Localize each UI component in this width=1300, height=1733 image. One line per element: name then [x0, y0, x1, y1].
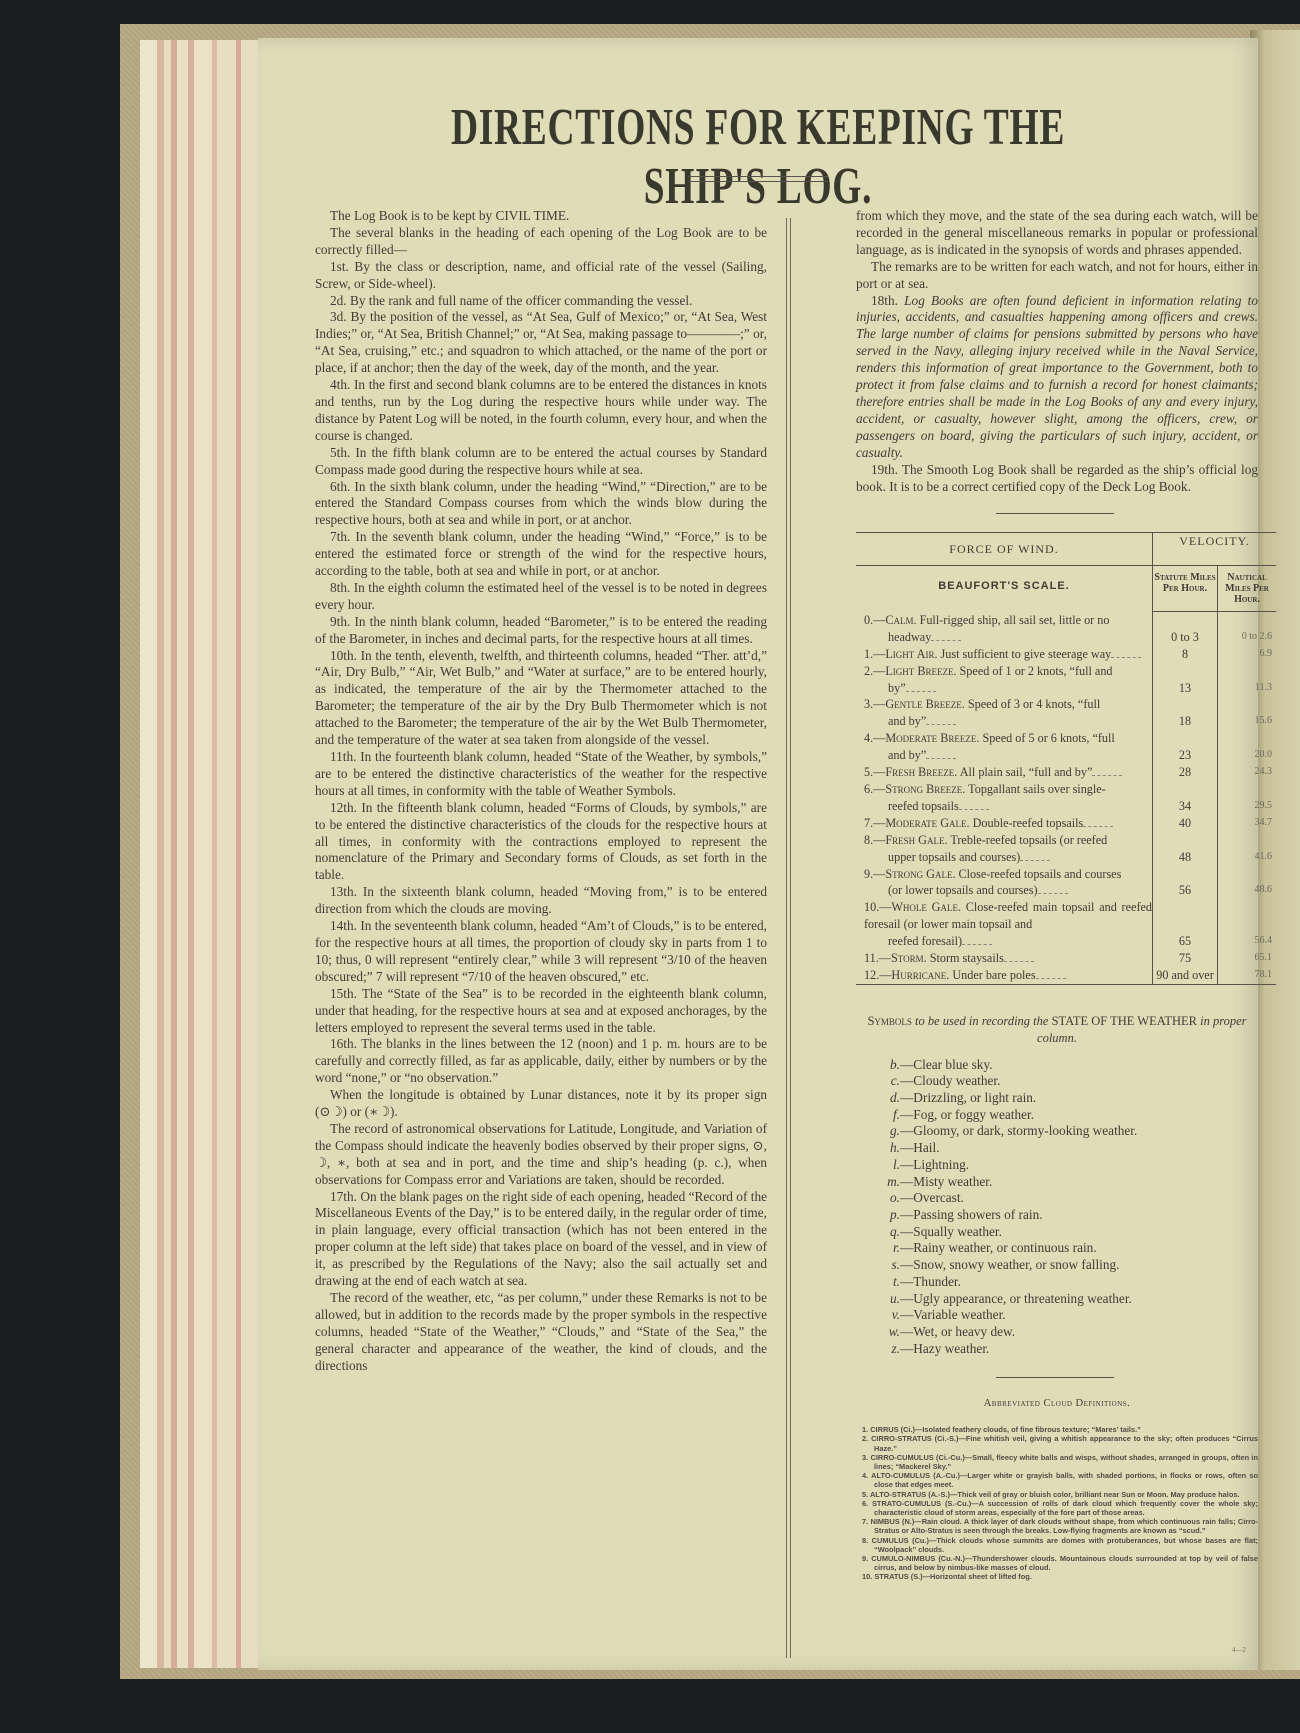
force-number: 11.—: [864, 951, 891, 965]
symbol-letter: u.: [874, 1291, 900, 1308]
paragraph: 1st. By the class or description, name, …: [315, 259, 767, 293]
paragraph: The Log Book is to be kept by CIVIL TIME…: [315, 208, 767, 225]
statute-miles-header: Statute Miles Per Hour.: [1153, 566, 1218, 612]
symbol-letter: g.: [874, 1123, 900, 1140]
force-name: Strong Breeze.: [885, 782, 965, 796]
wind-force-row: 5.—Fresh Breeze. All plain sail, “full a…: [856, 764, 1276, 781]
wind-force-row: 1.—Light Air. Just sufficient to give st…: [856, 646, 1276, 663]
cloud-definition: 2. CIRRO-STRATUS (Ci.-S.)—Fine whitish v…: [856, 1434, 1258, 1452]
nautical-mph: 0 to 2.6: [1218, 612, 1277, 646]
weather-symbol-item: s.—Snow, snowy weather, or snow falling.: [874, 1257, 1258, 1274]
cloud-definition: 9. CUMULO-NIMBUS (Cu.-N.)—Thundershower …: [856, 1554, 1258, 1572]
statute-mph: 40: [1153, 815, 1218, 832]
nautical-mph: 34.7: [1218, 815, 1277, 832]
force-number: 0.—: [864, 613, 885, 627]
weather-symbol-item: q.—Squally weather.: [874, 1224, 1258, 1241]
symbol-letter: f.: [874, 1107, 900, 1124]
symbol-letter: o.: [874, 1190, 900, 1207]
symbol-meaning: —Gloomy, or dark, stormy-looking weather…: [900, 1123, 1137, 1138]
force-description: Storm staysails: [930, 951, 1004, 965]
wind-force-row: 12.—Hurricane. Under bare poles90 and ov…: [856, 967, 1276, 984]
weather-symbol-item: p.—Passing showers of rain.: [874, 1207, 1258, 1224]
force-of-wind-header: FORCE OF WIND.: [856, 533, 1153, 566]
page-edges: [140, 40, 260, 1668]
wind-force-row: 8.—Fresh Gale. Treble-reefed topsails (o…: [856, 832, 1276, 866]
weather-symbol-item: d.—Drizzling, or light rain.: [874, 1090, 1258, 1107]
force-name: Hurricane.: [891, 968, 949, 982]
wind-force-row: 10.—Whole Gale. Close-reefed main topsai…: [856, 899, 1276, 950]
cloud-definition: 3. CIRRO-CUMULUS (Ci.-Cu.)—Small, fleecy…: [856, 1453, 1258, 1471]
force-description-cont: (or lower topsails and courses): [888, 883, 1038, 897]
force-description-cont: and by”: [888, 748, 926, 762]
symbol-letter: b.: [874, 1057, 900, 1074]
paragraph: 2d. By the rank and full name of the off…: [315, 293, 767, 310]
paragraph: When the longitude is obtained by Lunar …: [315, 1087, 767, 1121]
statute-mph: 28: [1153, 764, 1218, 781]
symbol-meaning: —Drizzling, or light rain.: [900, 1090, 1036, 1105]
paragraph: The record of the weather, etc, “as per …: [315, 1290, 767, 1375]
force-description-cont: by”: [888, 681, 906, 695]
symbol-letter: t.: [874, 1274, 900, 1291]
log-directions-page: DIRECTIONS FOR KEEPING THE SHIP'S LOG. T…: [258, 38, 1258, 1670]
force-name: Calm.: [885, 613, 916, 627]
cloud-definition: 6. STRATO-CUMULUS (S.-Cu.)—A succession …: [856, 1499, 1258, 1517]
nautical-mph: 15.6: [1218, 696, 1277, 730]
cloud-definition: 5. ALTO-STRATUS (A.-S.)—Thick veil of gr…: [856, 1490, 1258, 1499]
force-of-wind-table: FORCE OF WIND. VELOCITY. BEAUFORT'S SCAL…: [856, 532, 1276, 984]
section-rule: [996, 513, 1114, 514]
weather-symbol-item: v.—Variable weather.: [874, 1307, 1258, 1324]
wind-force-row: 6.—Strong Breeze. Topgallant sails over …: [856, 781, 1276, 815]
force-description: Treble-reefed topsails (or reefed: [950, 833, 1107, 847]
symbol-meaning: —Snow, snowy weather, or snow falling.: [900, 1257, 1119, 1272]
cloud-definition: 10. STRATUS (S.)—Horizontal sheet of lif…: [856, 1572, 1258, 1581]
statute-mph: 23: [1153, 730, 1218, 764]
left-column: The Log Book is to be kept by CIVIL TIME…: [315, 208, 767, 1375]
beaufort-scale-header: BEAUFORT'S SCALE.: [856, 566, 1153, 612]
force-description: Close-reefed topsails and courses: [959, 867, 1122, 881]
paragraph: 14th. In the seventeenth blank column, h…: [315, 918, 767, 986]
symbol-meaning: —Misty weather.: [900, 1174, 992, 1189]
item-18-paragraph: 18th. Log Books are often found deficien…: [856, 293, 1258, 462]
symbol-meaning: —Cloudy weather.: [900, 1073, 1000, 1088]
paragraph: The several blanks in the heading of eac…: [315, 225, 767, 259]
symbol-letter: m.: [874, 1174, 900, 1191]
force-name: Strong Gale.: [885, 867, 955, 881]
force-number: 1.—: [864, 647, 885, 661]
symbols-title: Symbols to be used in recording the STAT…: [856, 1013, 1258, 1047]
force-name: Gentle Breeze.: [885, 697, 965, 711]
paragraph: 15th. The “State of the Sea” is to be re…: [315, 986, 767, 1037]
weather-symbol-item: f.—Fog, or foggy weather.: [874, 1107, 1258, 1124]
remarks-paragraph: The remarks are to be written for each w…: [856, 259, 1258, 293]
weather-symbol-item: u.—Ugly appearance, or threatening weath…: [874, 1291, 1258, 1308]
weather-symbols-list: b.—Clear blue sky.c.—Cloudy weather.d.—D…: [874, 1057, 1258, 1358]
symbol-letter: q.: [874, 1224, 900, 1241]
item-19-paragraph: 19th. The Smooth Log Book shall be regar…: [856, 462, 1258, 496]
statute-mph: 34: [1153, 781, 1218, 815]
force-description: Double-reefed topsails: [973, 816, 1084, 830]
wind-force-row: 7.—Moderate Gale. Double-reefed topsails…: [856, 815, 1276, 832]
force-name: Fresh Breeze.: [885, 765, 957, 779]
statute-mph: 56: [1153, 866, 1218, 900]
force-number: 6.—: [864, 782, 885, 796]
paragraph: 3d. By the position of the vessel, as “A…: [315, 309, 767, 377]
weather-symbol-item: c.—Cloudy weather.: [874, 1073, 1258, 1090]
force-number: 5.—: [864, 765, 885, 779]
weather-symbol-item: o.—Overcast.: [874, 1190, 1258, 1207]
force-description: Speed of 3 or 4 knots, “full: [968, 697, 1100, 711]
wind-force-row: 4.—Moderate Breeze. Speed of 5 or 6 knot…: [856, 730, 1276, 764]
item-18-text: Log Books are often found deficient in i…: [856, 293, 1258, 460]
nautical-mph: 20.0: [1218, 730, 1277, 764]
column-divider: [786, 218, 791, 1658]
nautical-mph: 11.3: [1218, 663, 1277, 697]
cloud-definition: 1. CIRRUS (Ci.)—Isolated feathery clouds…: [856, 1425, 1258, 1434]
weather-symbol-item: b.—Clear blue sky.: [874, 1057, 1258, 1074]
statute-mph: 65: [1153, 899, 1218, 950]
item-18-label: 18th.: [871, 293, 898, 308]
folio: 4—2: [1232, 1646, 1246, 1654]
weather-symbol-item: r.—Rainy weather, or continuous rain.: [874, 1240, 1258, 1257]
symbol-meaning: —Overcast.: [900, 1190, 964, 1205]
weather-symbol-item: w.—Wet, or heavy dew.: [874, 1324, 1258, 1341]
weather-symbol-item: t.—Thunder.: [874, 1274, 1258, 1291]
force-description: Speed of 1 or 2 knots, “full and: [960, 664, 1113, 678]
velocity-header: VELOCITY.: [1153, 533, 1277, 566]
force-name: Moderate Gale.: [885, 816, 969, 830]
symbols-title-caps: STATE OF THE WEATHER: [1052, 1014, 1197, 1028]
symbols-title-prefix: Symbols: [867, 1014, 911, 1028]
paragraph: 4th. In the first and second blank colum…: [315, 377, 767, 445]
nautical-mph: 6.9: [1218, 646, 1277, 663]
nautical-mph: 65.1: [1218, 950, 1277, 967]
force-number: 3.—: [864, 697, 885, 711]
force-number: 4.—: [864, 731, 885, 745]
paragraph: 8th. In the eighth column the estimated …: [315, 580, 767, 614]
force-name: Storm.: [891, 951, 927, 965]
nautical-mph: 48.6: [1218, 866, 1277, 900]
symbol-meaning: —Rainy weather, or continuous rain.: [900, 1240, 1097, 1255]
cloud-definitions-list: 1. CIRRUS (Ci.)—Isolated feathery clouds…: [856, 1425, 1258, 1581]
force-name: Moderate Breeze.: [885, 731, 979, 745]
force-description: Speed of 5 or 6 knots, “full: [982, 731, 1114, 745]
force-number: 12.—: [864, 968, 891, 982]
paragraph: 17th. On the blank pages on the right si…: [315, 1189, 767, 1290]
paragraph: 7th. In the seventh blank column, under …: [315, 529, 767, 580]
symbol-letter: z.: [874, 1341, 900, 1358]
force-description: Full-rigged ship, all sail set, little o…: [920, 613, 1110, 627]
statute-mph: 13: [1153, 663, 1218, 697]
nautical-mph: 29.5: [1218, 781, 1277, 815]
statute-mph: 48: [1153, 832, 1218, 866]
paragraph: The record of astronomical observations …: [315, 1121, 767, 1189]
paragraph: 6th. In the sixth blank column, under th…: [315, 479, 767, 530]
paragraph: 16th. The blanks in the lines between th…: [315, 1036, 767, 1087]
symbol-meaning: —Hazy weather.: [900, 1341, 989, 1356]
right-column: from which they move, and the state of t…: [856, 208, 1258, 1582]
cloud-definition: 8. CUMULUS (Cu.)—Thick clouds whose summ…: [856, 1536, 1258, 1554]
symbol-meaning: —Wet, or heavy dew.: [900, 1324, 1015, 1339]
nautical-mph: 41.6: [1218, 832, 1277, 866]
symbol-letter: p.: [874, 1207, 900, 1224]
wind-force-row: 9.—Strong Gale. Close-reefed topsails an…: [856, 866, 1276, 900]
section-rule-2: [996, 1377, 1114, 1378]
page-title: DIRECTIONS FOR KEEPING THE SHIP'S LOG.: [398, 98, 1118, 216]
symbol-meaning: —Clear blue sky.: [900, 1057, 993, 1072]
force-description: Just sufficient to give steerage way: [941, 647, 1112, 661]
statute-mph: 75: [1153, 950, 1218, 967]
force-description-cont: headway: [888, 630, 931, 644]
symbol-meaning: —Thunder.: [900, 1274, 961, 1289]
force-number: 9.—: [864, 867, 885, 881]
symbol-meaning: —Squally weather.: [900, 1224, 1002, 1239]
symbol-letter: s.: [874, 1257, 900, 1274]
force-name: Light Air.: [885, 647, 937, 661]
symbol-letter: c.: [874, 1073, 900, 1090]
wind-force-row: 2.—Light Breeze. Speed of 1 or 2 knots, …: [856, 663, 1276, 697]
force-number: 8.—: [864, 833, 885, 847]
force-number: 7.—: [864, 816, 885, 830]
weather-symbol-item: h.—Hail.: [874, 1140, 1258, 1157]
force-name: Light Breeze.: [885, 664, 956, 678]
force-description-cont: upper topsails and courses): [888, 850, 1020, 864]
nautical-mph: 24.3: [1218, 764, 1277, 781]
symbol-meaning: —Fog, or foggy weather.: [900, 1107, 1034, 1122]
force-description-cont: and by”: [888, 714, 926, 728]
cloud-definition: 4. ALTO-CUMULUS (A.-Cu.)—Larger white or…: [856, 1471, 1258, 1489]
symbol-meaning: —Passing showers of rain.: [900, 1207, 1043, 1222]
statute-mph: 0 to 3: [1153, 612, 1218, 646]
force-number: 10.—: [864, 900, 891, 914]
force-description-cont: reefed topsails: [888, 799, 959, 813]
symbol-meaning: —Variable weather.: [900, 1307, 1006, 1322]
symbol-meaning: —Lightning.: [900, 1157, 969, 1172]
statute-mph: 90 and over: [1153, 967, 1218, 984]
nautical-mph: 78.1: [1218, 967, 1277, 984]
paragraph: 12th. In the fifteenth blank column, hea…: [315, 800, 767, 885]
force-number: 2.—: [864, 664, 885, 678]
symbols-title-italic: to be used in recording the: [915, 1014, 1048, 1028]
statute-mph: 18: [1153, 696, 1218, 730]
symbol-letter: h.: [874, 1140, 900, 1157]
force-description: Topgallant sails over single-: [968, 782, 1106, 796]
weather-symbol-item: l.—Lightning.: [874, 1157, 1258, 1174]
cloud-definitions-title: Abbreviated Cloud Definitions.: [856, 1396, 1258, 1413]
weather-symbol-item: z.—Hazy weather.: [874, 1341, 1258, 1358]
weather-symbol-item: m.—Misty weather.: [874, 1174, 1258, 1191]
nautical-miles-header: Nautical Miles Per Hour.: [1218, 566, 1277, 612]
symbol-letter: l.: [874, 1157, 900, 1174]
paragraph: 9th. In the ninth blank column, headed “…: [315, 614, 767, 648]
symbol-meaning: —Ugly appearance, or threatening weather…: [900, 1291, 1132, 1306]
weather-symbol-item: g.—Gloomy, or dark, stormy-looking weath…: [874, 1123, 1258, 1140]
symbol-letter: d.: [874, 1090, 900, 1107]
statute-mph: 8: [1153, 646, 1218, 663]
continuation-paragraph: from which they move, and the state of t…: [856, 208, 1258, 259]
title-rule: [688, 176, 828, 182]
force-name: Whole Gale.: [891, 900, 961, 914]
wind-force-row: 0.—Calm. Full-rigged ship, all sail set,…: [856, 612, 1276, 646]
paragraph: 5th. In the fifth blank column are to be…: [315, 445, 767, 479]
symbol-letter: r.: [874, 1240, 900, 1257]
symbol-meaning: —Hail.: [900, 1140, 940, 1155]
force-description-cont: reefed foresail): [888, 934, 962, 948]
paragraph: 10th. In the tenth, eleventh, twelfth, a…: [315, 648, 767, 749]
force-name: Fresh Gale.: [885, 833, 947, 847]
symbol-letter: v.: [874, 1307, 900, 1324]
wind-force-row: 11.—Storm. Storm staysails7565.1: [856, 950, 1276, 967]
cloud-definition: 7. NIMBUS (N.)—Rain cloud. A thick layer…: [856, 1517, 1258, 1535]
wind-force-row: 3.—Gentle Breeze. Speed of 3 or 4 knots,…: [856, 696, 1276, 730]
force-description: All plain sail, “full and by”: [960, 765, 1093, 779]
force-description: Under bare poles: [952, 968, 1035, 982]
symbol-letter: w.: [874, 1324, 900, 1341]
nautical-mph: 56.4: [1218, 899, 1277, 950]
paragraph: 11th. In the fourteenth blank column, he…: [315, 749, 767, 800]
paragraph: 13th. In the sixteenth blank column, hea…: [315, 884, 767, 918]
